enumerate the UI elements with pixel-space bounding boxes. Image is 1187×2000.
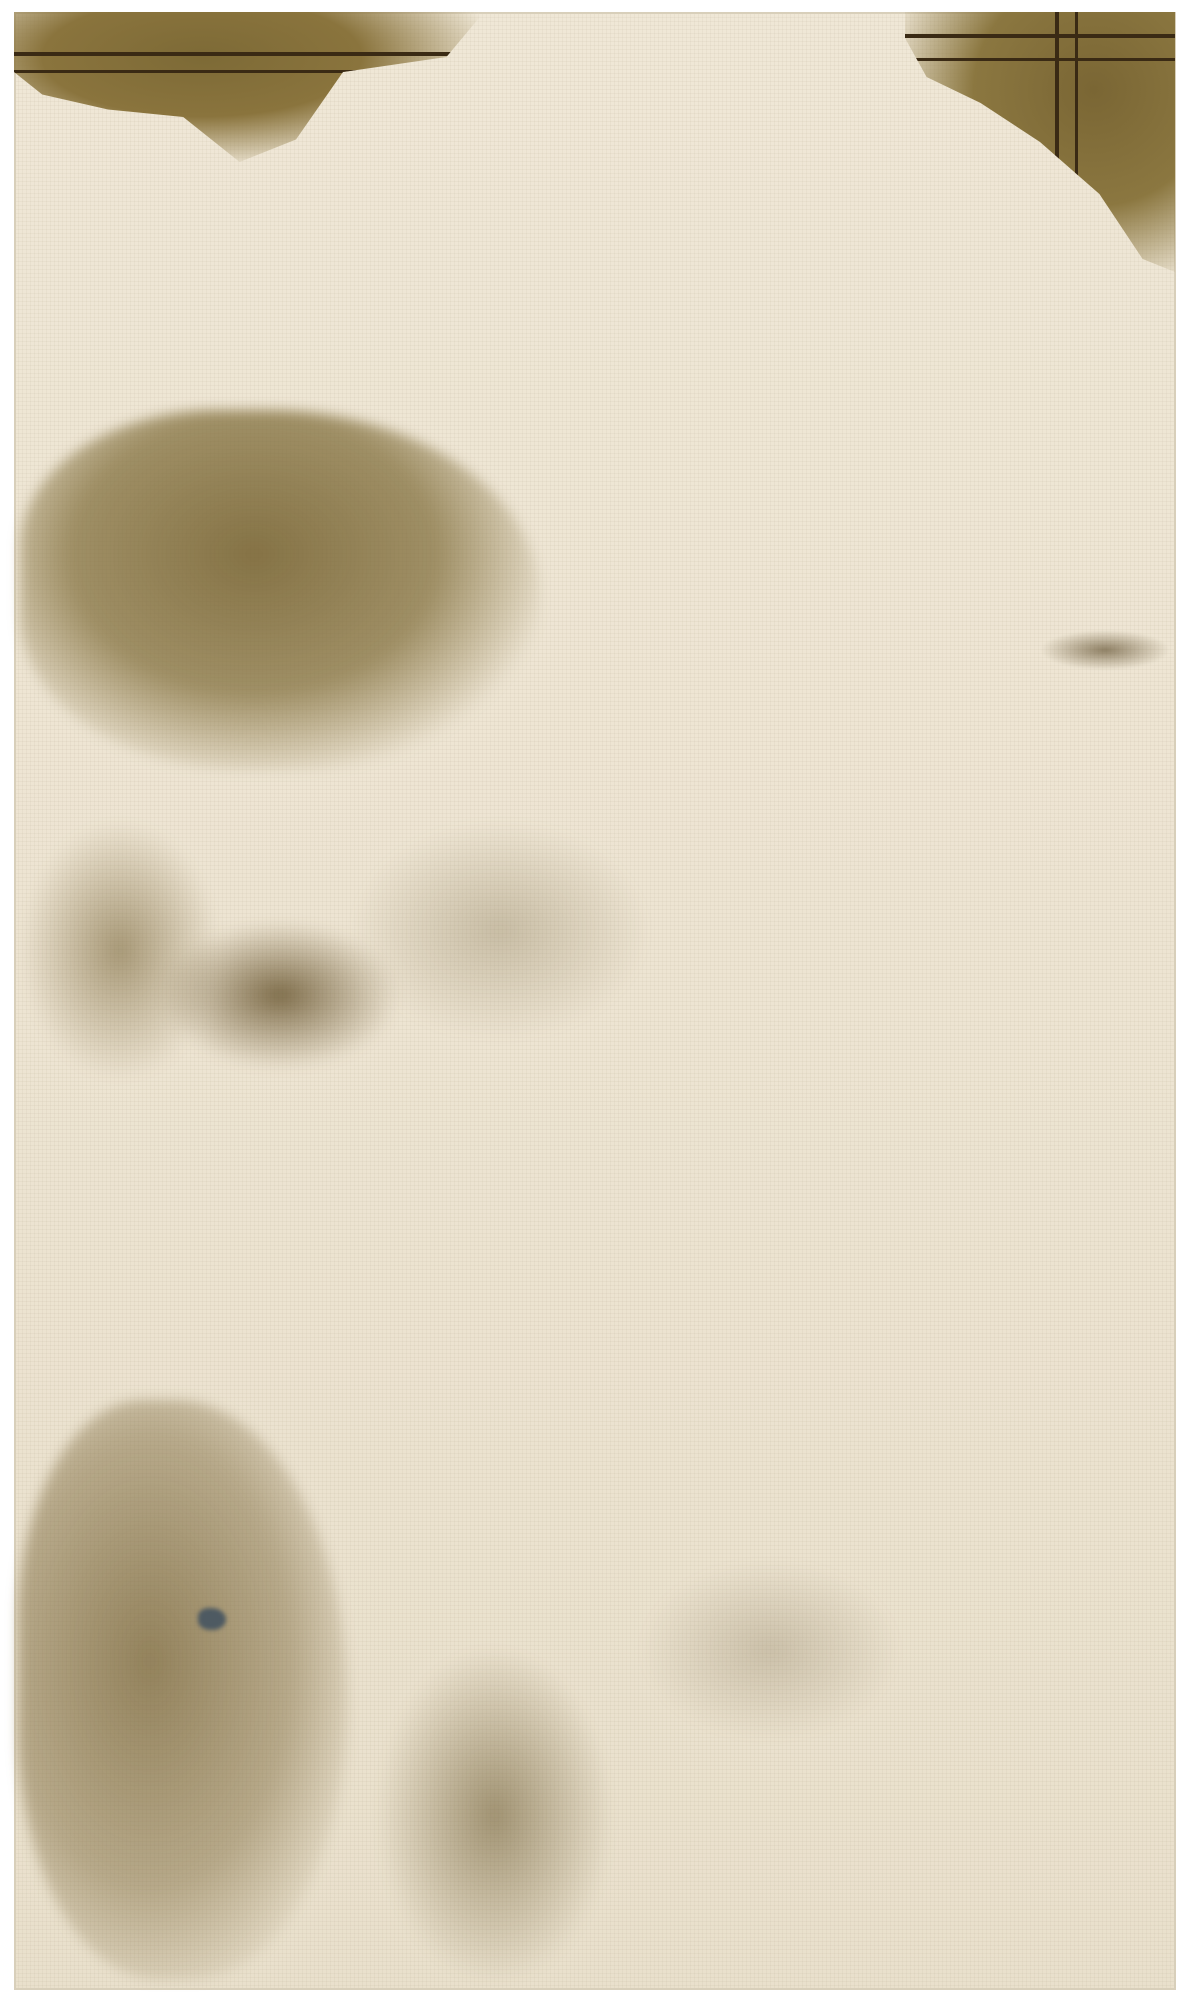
blue-gray-spot — [198, 1608, 226, 1630]
right-edge-small-motif-fragments — [1040, 630, 1170, 670]
